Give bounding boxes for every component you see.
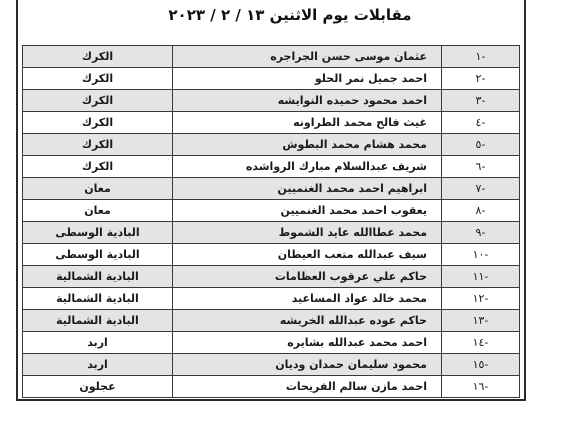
row-number: -٦ <box>442 156 520 178</box>
governorate: اربد <box>23 332 173 354</box>
candidate-name: حاكم عوده عبدالله الخريشه <box>173 310 442 332</box>
table-row: -١١حاكم علي عرقوب العظاماتالبادية الشمال… <box>23 266 520 288</box>
governorate: البادية الشمالية <box>23 266 173 288</box>
row-number: -١٦ <box>442 376 520 398</box>
table-row: -٣احمد محمود حميده النوايشهالكرك <box>23 90 520 112</box>
governorate: البادية الشمالية <box>23 310 173 332</box>
row-number: -١ <box>442 46 520 68</box>
page-title: مقابلات يوم الاثنين ١٣ / ٢ / ٢٠٢٣ <box>140 6 440 24</box>
table-row: -٤غيث فالح محمد الطراونهالكرك <box>23 112 520 134</box>
row-number: -٨ <box>442 200 520 222</box>
candidate-name: سيف عبدالله متعب العيطان <box>173 244 442 266</box>
table-row: -٨يعقوب احمد محمد الغنميينمعان <box>23 200 520 222</box>
governorate: الكرك <box>23 46 173 68</box>
row-number: -١١ <box>442 266 520 288</box>
table-row: -١٦احمد مازن سالم الفريحاتعجلون <box>23 376 520 398</box>
governorate: معان <box>23 178 173 200</box>
row-number: -٢ <box>442 68 520 90</box>
row-number: -٩ <box>442 222 520 244</box>
candidate-name: محمد عطاالله عايد الشموط <box>173 222 442 244</box>
row-number: -٧ <box>442 178 520 200</box>
governorate: الكرك <box>23 68 173 90</box>
governorate: الكرك <box>23 156 173 178</box>
interview-table: -١عثمان موسى حسن الجراجرهالكرك-٢احمد جمي… <box>22 45 520 398</box>
governorate: عجلون <box>23 376 173 398</box>
candidate-name: عثمان موسى حسن الجراجره <box>173 46 442 68</box>
table-row: -١٥محمود سليمان حمدان ودياناربد <box>23 354 520 376</box>
row-number: -٤ <box>442 112 520 134</box>
row-number: -٥ <box>442 134 520 156</box>
governorate: البادية الشمالية <box>23 288 173 310</box>
candidate-name: ابراهيم احمد محمد الغنميين <box>173 178 442 200</box>
table-row: -١٠سيف عبدالله متعب العيطانالبادية الوسط… <box>23 244 520 266</box>
candidate-name: احمد محمود حميده النوايشه <box>173 90 442 112</box>
table-row: -١٤احمد محمد عبدالله بشايرهاربد <box>23 332 520 354</box>
table-row: -١٢محمد خالد عواد المساعيدالبادية الشمال… <box>23 288 520 310</box>
candidate-name: محمد خالد عواد المساعيد <box>173 288 442 310</box>
governorate: معان <box>23 200 173 222</box>
table-row: -٧ابراهيم احمد محمد الغنميينمعان <box>23 178 520 200</box>
row-number: -١٠ <box>442 244 520 266</box>
governorate: البادية الوسطى <box>23 244 173 266</box>
candidate-name: غيث فالح محمد الطراونه <box>173 112 442 134</box>
row-number: -١٣ <box>442 310 520 332</box>
candidate-name: حاكم علي عرقوب العظامات <box>173 266 442 288</box>
candidate-name: احمد جميل نمر الحلو <box>173 68 442 90</box>
row-number: -١٥ <box>442 354 520 376</box>
candidate-name: احمد محمد عبدالله بشايره <box>173 332 442 354</box>
table-row: -١عثمان موسى حسن الجراجرهالكرك <box>23 46 520 68</box>
candidate-name: احمد مازن سالم الفريحات <box>173 376 442 398</box>
table-row: -٦شريف عبدالسلام مبارك الرواشدهالكرك <box>23 156 520 178</box>
governorate: الكرك <box>23 90 173 112</box>
candidate-name: شريف عبدالسلام مبارك الرواشده <box>173 156 442 178</box>
governorate: اربد <box>23 354 173 376</box>
table-row: -٢احمد جميل نمر الحلوالكرك <box>23 68 520 90</box>
governorate: البادية الوسطى <box>23 222 173 244</box>
candidate-name: يعقوب احمد محمد الغنميين <box>173 200 442 222</box>
governorate: الكرك <box>23 134 173 156</box>
candidate-name: محمد هشام محمد البطوش <box>173 134 442 156</box>
row-number: -١٤ <box>442 332 520 354</box>
row-number: -٣ <box>442 90 520 112</box>
table-row: -١٣حاكم عوده عبدالله الخريشهالبادية الشم… <box>23 310 520 332</box>
table-row: -٥محمد هشام محمد البطوشالكرك <box>23 134 520 156</box>
row-number: -١٢ <box>442 288 520 310</box>
governorate: الكرك <box>23 112 173 134</box>
candidate-name: محمود سليمان حمدان وديان <box>173 354 442 376</box>
table-row: -٩محمد عطاالله عايد الشموطالبادية الوسطى <box>23 222 520 244</box>
